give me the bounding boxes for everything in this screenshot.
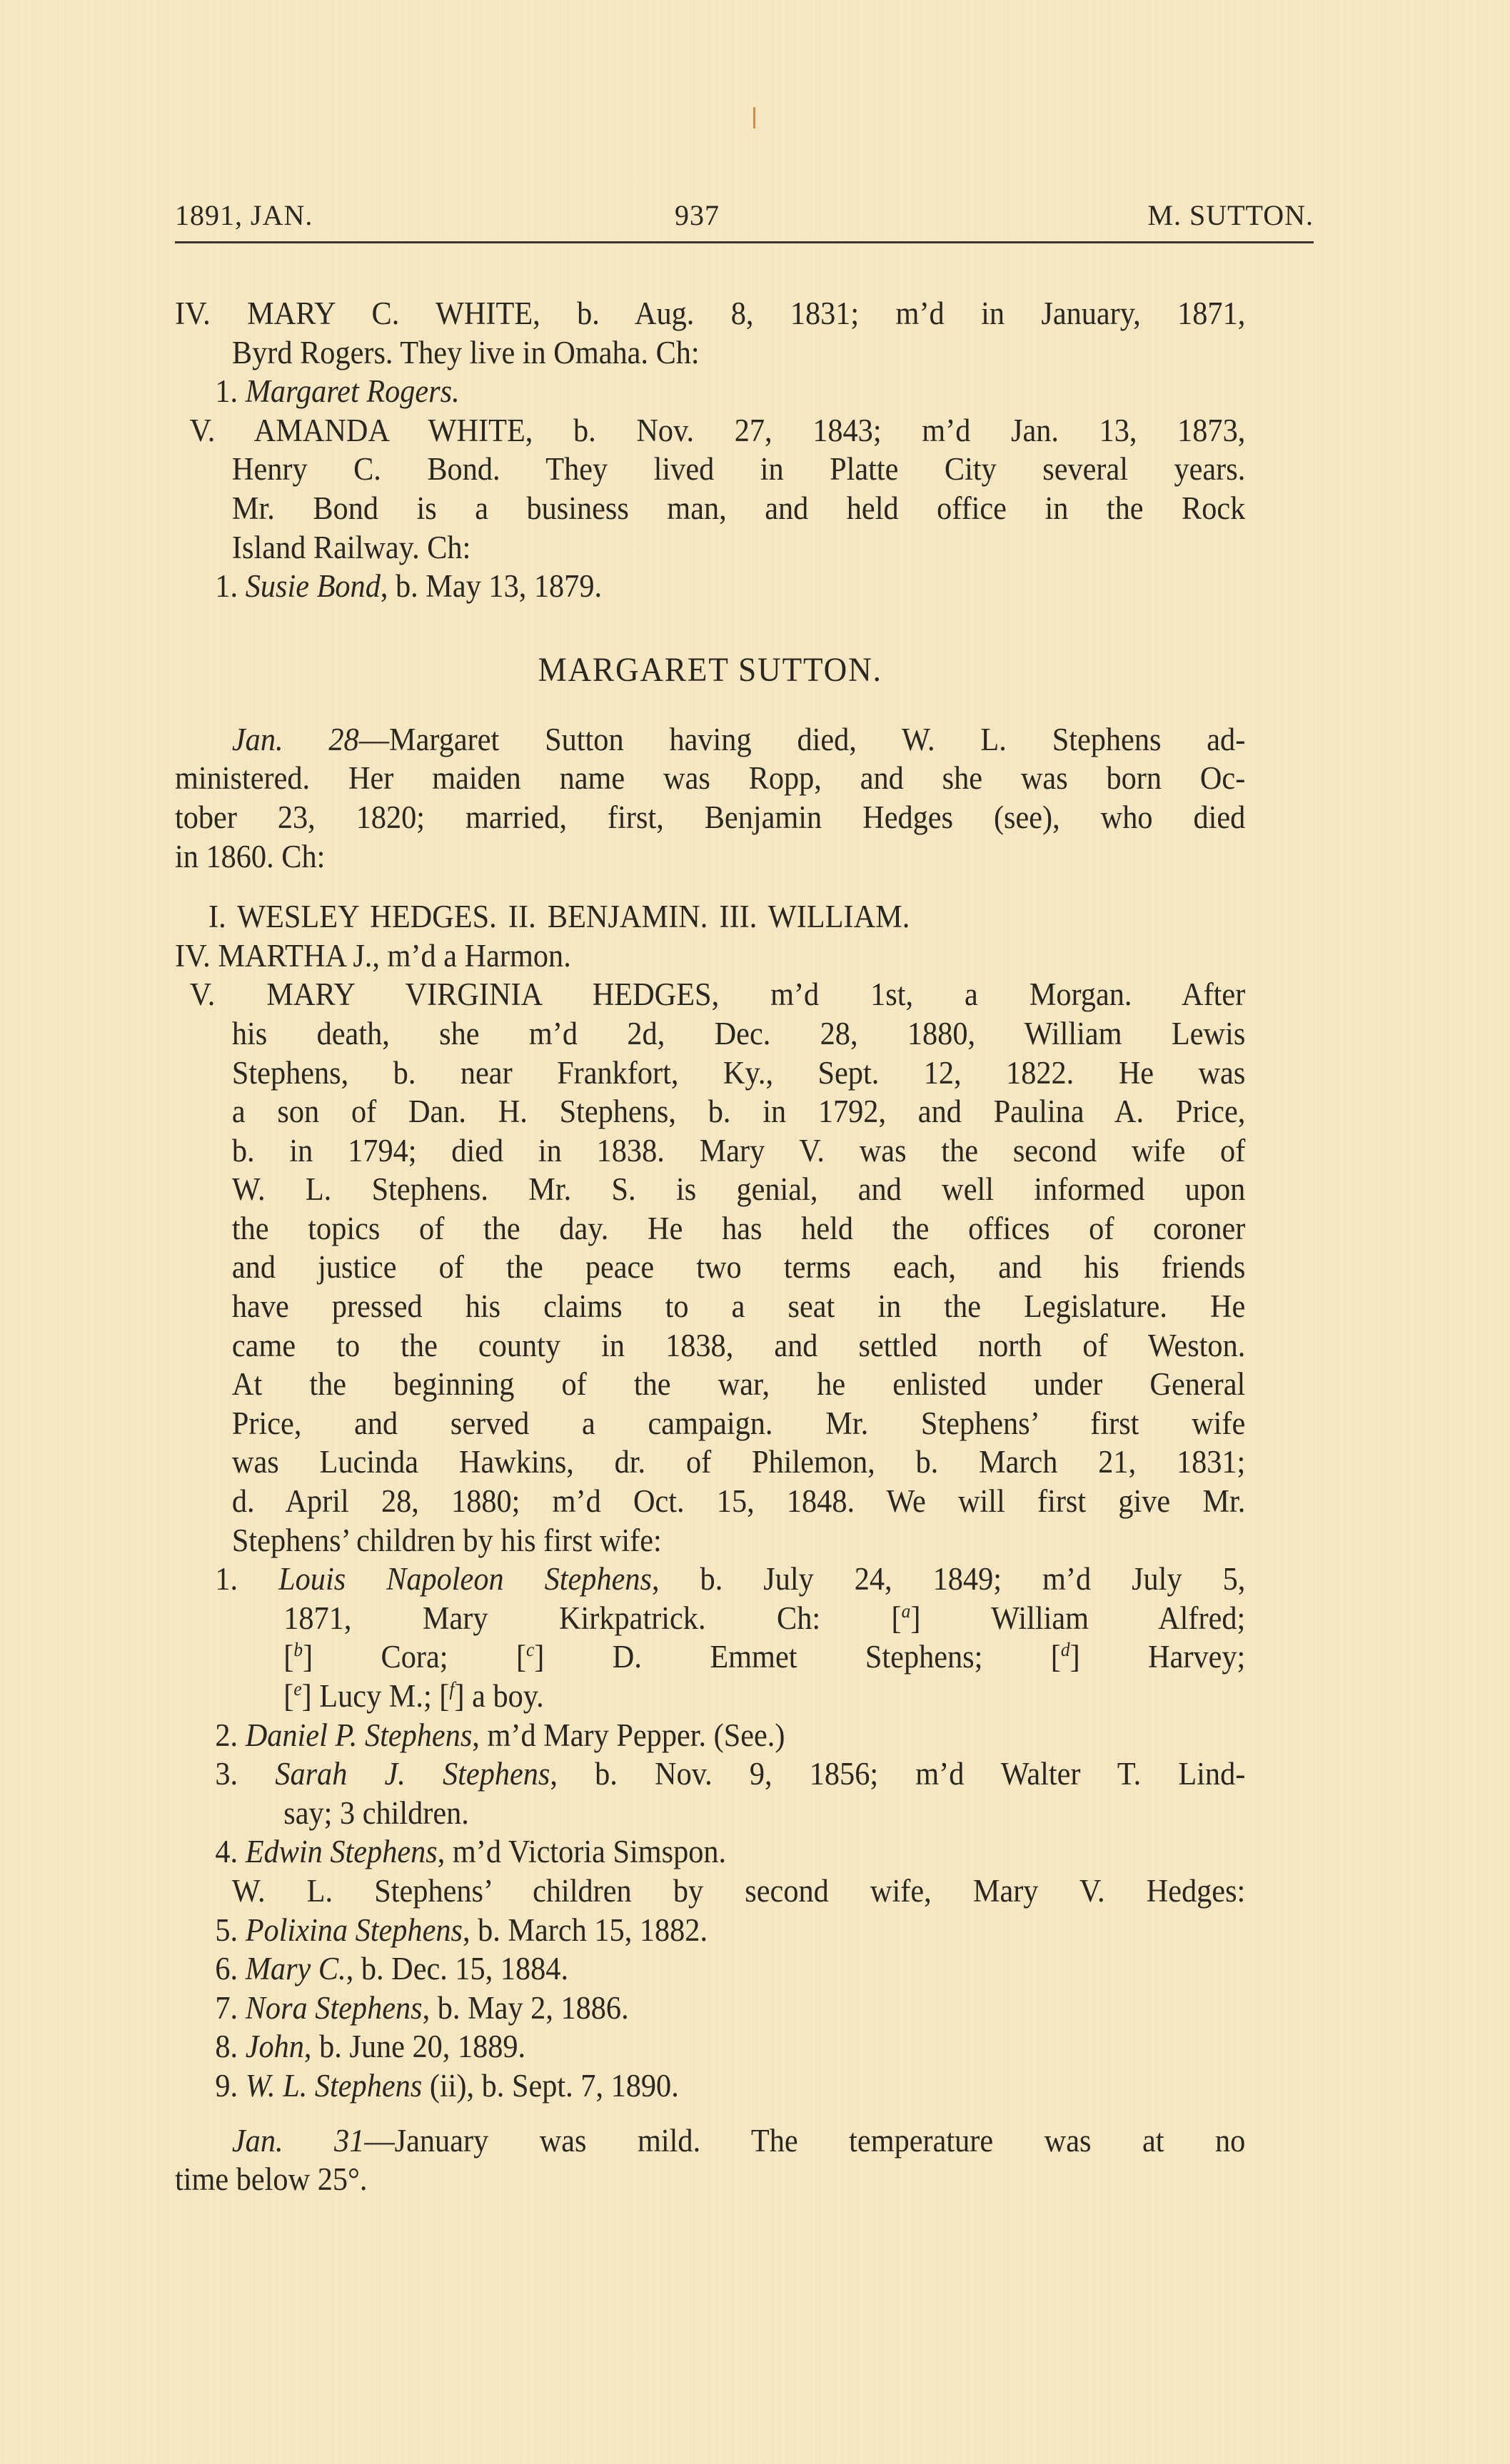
entry-continuation: At the beginning of the war, he enlisted…: [175, 1365, 1245, 1404]
entry-continuation: W. L. Stephens. Mr. S. is genial, and we…: [175, 1170, 1245, 1209]
header-rule: [175, 241, 1314, 243]
children-list-line: IV. MARTHA J., m’d a Harmon.: [175, 936, 1245, 976]
entry-continuation: came to the county in 1838, and settled …: [175, 1326, 1245, 1365]
child-entry: 1. Margaret Rogers.: [175, 372, 1245, 411]
entry-continuation: Stephens’ children by his first wife:: [175, 1521, 1245, 1560]
entry-continuation: d. April 28, 1880; m’d Oct. 15, 1848. We…: [175, 1482, 1245, 1521]
child-entry: 7. Nora Stephens, b. May 2, 1886.: [175, 1989, 1245, 2028]
second-wife-intro: W. L. Stephens’ children by second wife,…: [175, 1872, 1245, 1911]
entry-v-continuation: Mr. Bond is a business man, and held off…: [175, 489, 1245, 528]
child-name: Louis Napoleon Stephens: [278, 1561, 652, 1597]
entry-date: Jan. 28: [232, 722, 359, 757]
child-number: 9.: [215, 2068, 238, 2104]
entry-continuation: the topics of the day. He has held the o…: [175, 1209, 1245, 1248]
child-entry: 1. Louis Napoleon Stephens, b. July 24, …: [175, 1560, 1245, 1599]
entry-continuation: his death, she m’d 2d, Dec. 28, 1880, Wi…: [175, 1014, 1245, 1054]
child-entry-continuation: 1871, Mary Kirkpatrick. Ch: [a] William …: [175, 1599, 1245, 1638]
child-name: Susie Bond: [246, 568, 381, 604]
entry-continuation: was Lucinda Hawkins, dr. of Philemon, b.…: [175, 1443, 1245, 1482]
entry-continuation: and justice of the peace two terms each,…: [175, 1248, 1245, 1287]
entry-continuation: Stephens, b. near Frankfort, Ky., Sept. …: [175, 1054, 1245, 1093]
child-entry: 4. Edwin Stephens, m’d Victoria Simspon.: [175, 1832, 1245, 1872]
entry-continuation: b. in 1794; died in 1838. Mary V. was th…: [175, 1131, 1245, 1171]
running-head-title: M. SUTTON.: [1147, 198, 1314, 232]
children-list-line: I. WESLEY HEDGES. II. BENJAMIN. III. WIL…: [175, 897, 1245, 936]
child-name: Polixina Stephens: [246, 1912, 463, 1948]
intro-paragraph-line: ministered. Her maiden name was Ropp, an…: [175, 759, 1245, 798]
child-entry: 8. John, b. June 20, 1889.: [175, 2027, 1245, 2066]
child-name: Sarah J. Stephens: [275, 1756, 550, 1792]
child-number: 8.: [215, 2029, 238, 2064]
entry-v-continuation: Island Railway. Ch:: [175, 528, 1245, 567]
entry-continuation: have pressed his claims to a seat in the…: [175, 1287, 1245, 1326]
child-entry-continuation: [e] Lucy M.; [f] a boy.: [175, 1677, 1245, 1716]
entry-date: Jan. 31: [232, 2123, 364, 2158]
child-number: 4.: [215, 1834, 238, 1869]
child-entry-continuation: [b] Cora; [c] D. Emmet Stephens; [d] Har…: [175, 1637, 1245, 1677]
child-number: 1.: [215, 568, 238, 604]
entry-v-continuation: Henry C. Bond. They lived in Platte City…: [175, 450, 1245, 489]
child-entry: 5. Polixina Stephens, b. March 15, 1882.: [175, 1911, 1245, 1950]
child-number: 7.: [215, 1990, 238, 2026]
child-number: 5.: [215, 1912, 238, 1948]
running-head-date: 1891, JAN.: [175, 198, 313, 232]
section-heading: MARGARET SUTTON.: [175, 635, 1245, 693]
entry-mary-virginia: V. MARY VIRGINIA HEDGES, m’d 1st, a Morg…: [175, 975, 1245, 1014]
child-name: Daniel P. Stephens: [246, 1717, 473, 1753]
child-entry: 6. Mary C., b. Dec. 15, 1884.: [175, 1949, 1245, 1989]
page-number: 937: [675, 198, 720, 232]
child-number: 1.: [215, 1561, 238, 1597]
closing-paragraph-line: time below 25°.: [175, 2160, 1245, 2199]
child-name: Nora Stephens: [246, 1990, 423, 2026]
intro-paragraph-line: in 1860. Ch:: [175, 837, 1245, 877]
entry-iv-line: IV. MARY C. WHITE, b. Aug. 8, 1831; m’d …: [175, 294, 1245, 333]
child-number: 3.: [215, 1756, 238, 1792]
running-head: 1891, JAN. 937 M. SUTTON.: [175, 198, 1314, 241]
child-name: Mary C.: [246, 1951, 346, 1986]
spacer: [175, 876, 1245, 897]
entry-continuation: a son of Dan. H. Stephens, b. in 1792, a…: [175, 1092, 1245, 1131]
child-entry-continuation: say; 3 children.: [175, 1794, 1245, 1833]
child-entry: 1. Susie Bond, b. May 13, 1879.: [175, 567, 1245, 606]
child-number: 2.: [215, 1717, 238, 1753]
child-number: 6.: [215, 1951, 238, 1986]
spacer: [175, 2106, 1245, 2121]
page-body: IV. MARY C. WHITE, b. Aug. 8, 1831; m’d …: [175, 294, 1245, 2199]
intro-paragraph-line: Jan. 28—Margaret Sutton having died, W. …: [175, 720, 1245, 759]
child-details: , b. May 13, 1879.: [381, 568, 602, 604]
child-entry: 9. W. L. Stephens (ii), b. Sept. 7, 1890…: [175, 2066, 1245, 2106]
child-number: 1.: [215, 373, 238, 409]
closing-paragraph-line: Jan. 31—January was mild. The temperatur…: [175, 2121, 1245, 2161]
entry-v-line: V. AMANDA WHITE, b. Nov. 27, 1843; m’d J…: [175, 411, 1245, 450]
child-name: John: [246, 2029, 304, 2064]
child-entry: 3. Sarah J. Stephens, b. Nov. 9, 1856; m…: [175, 1754, 1245, 1794]
child-name: W. L. Stephens: [246, 2068, 423, 2104]
child-name: Edwin Stephens: [246, 1834, 438, 1869]
intro-paragraph-line: tober 23, 1820; married, first, Benjamin…: [175, 798, 1245, 837]
entry-continuation: Price, and served a campaign. Mr. Stephe…: [175, 1404, 1245, 1443]
child-name: Margaret Rogers.: [246, 373, 460, 409]
child-entry: 2. Daniel P. Stephens, m’d Mary Pepper. …: [175, 1716, 1245, 1755]
margin-mark: [753, 107, 755, 128]
entry-iv-continuation: Byrd Rogers. They live in Omaha. Ch:: [175, 333, 1245, 373]
